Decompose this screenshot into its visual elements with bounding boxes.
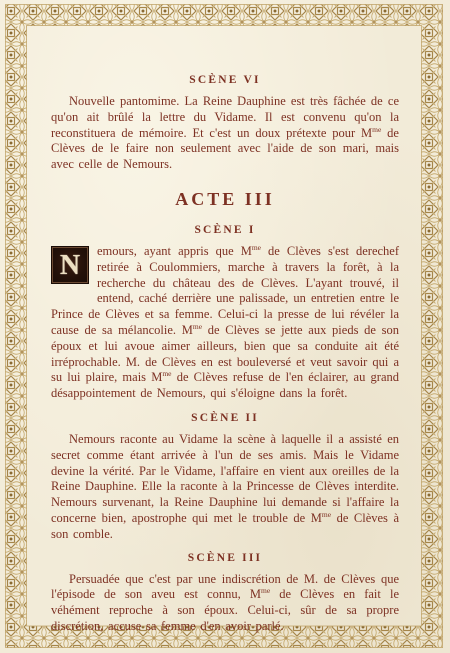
scene-vi-heading: SCÈNE VI [51, 74, 399, 86]
scene-iii-heading: SCÈNE III [51, 552, 399, 564]
acte-iii-heading: ACTE III [51, 189, 399, 210]
scene-ii-heading: SCÈNE II [51, 412, 399, 424]
scene-ii-summary: Nemours raconte au Vidame la scène à laq… [51, 432, 399, 543]
scene-i-summary-text: emours, ayant appris que Mme de Clèves s… [51, 244, 399, 400]
scene-iii-summary: Persuadée que c'est par une indiscrétion… [51, 572, 399, 635]
scene-i-heading: SCÈNE I [51, 224, 399, 236]
scene-vi-summary: Nouvelle pantomime. La Reine Dauphine es… [51, 94, 399, 173]
page-text-block: SCÈNE VI Nouvelle pantomime. La Reine Da… [27, 26, 423, 626]
drop-cap-initial-n: N [51, 246, 89, 284]
book-page: { "page": { "paper_color": "#f2ebd8", "t… [0, 0, 450, 653]
scene-i-summary: Nemours, ayant appris que Mme de Clèves … [51, 244, 399, 402]
